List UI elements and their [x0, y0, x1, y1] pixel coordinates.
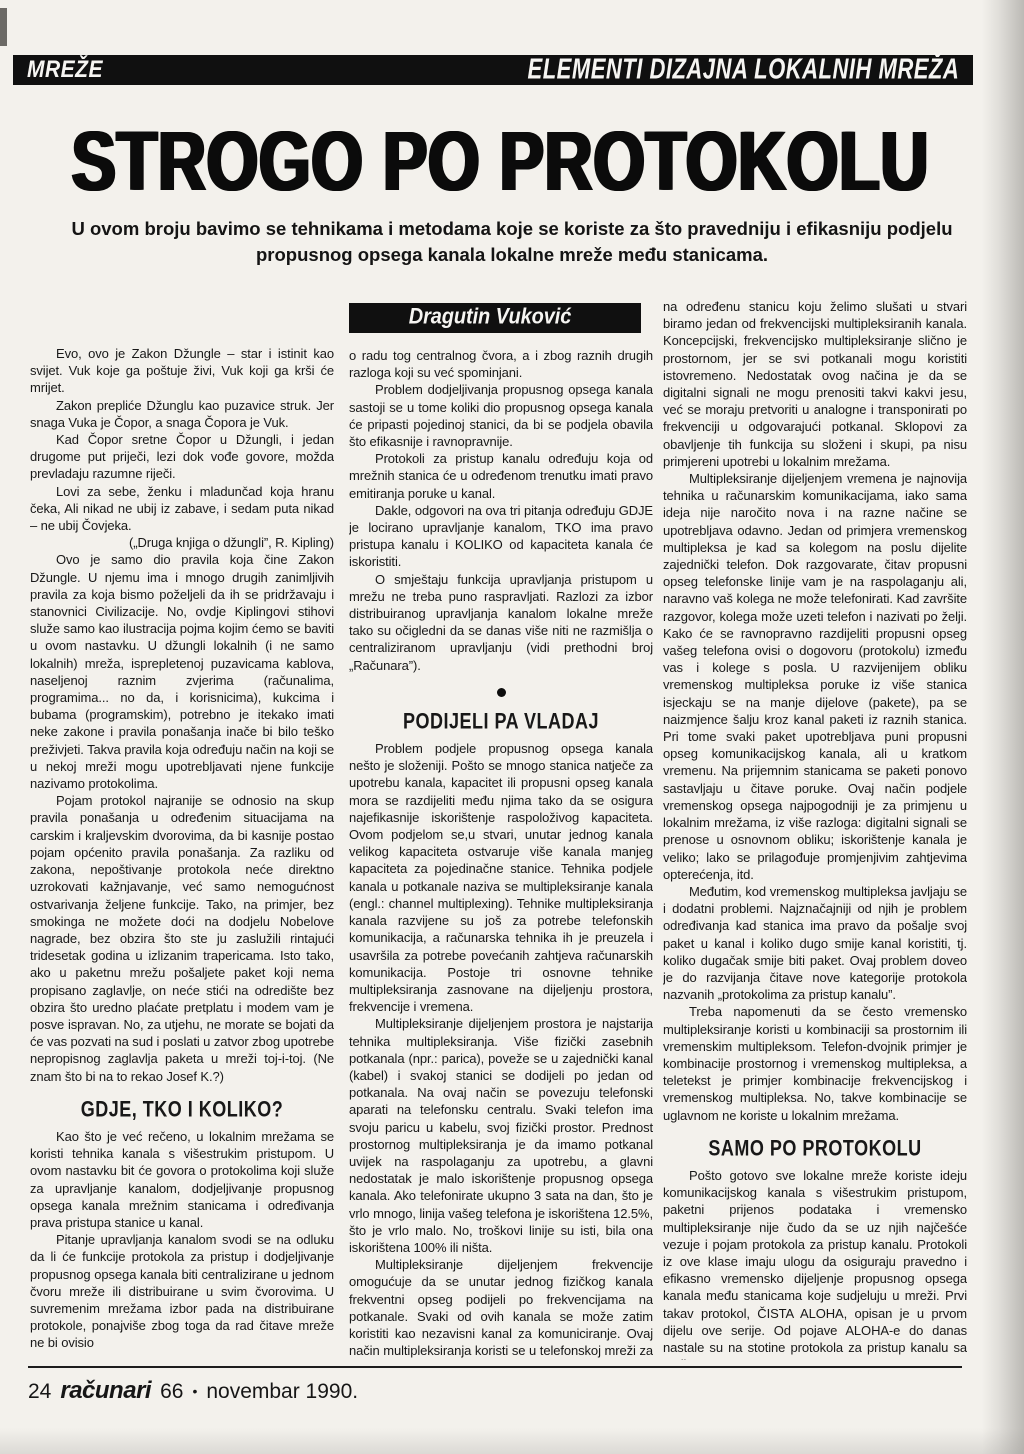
magazine-page: MREŽE ELEMENTI DIZAJNA LOKALNIH MREŽA ST… — [0, 0, 1024, 1454]
issue-date: novembar 1990. — [206, 1380, 358, 1404]
body-paragraph: Problem dodjeljivanja propusnog opsega k… — [349, 381, 653, 450]
column-1: Evo, ovo je Zakon Džungle – star i istin… — [30, 345, 334, 1360]
column-3: na određenu stanicu koju želimo slušati … — [663, 298, 967, 1360]
article-lead: U ovom broju bavimo se tehnikama i metod… — [62, 216, 962, 268]
body-paragraph: Pojam protokol najranije se odnosio na s… — [30, 792, 334, 1084]
series-label: ELEMENTI DIZAJNA LOKALNIH MREŽA — [527, 53, 959, 87]
body-paragraph: Kao što je već rečeno, u lokalnim mrežam… — [30, 1128, 334, 1231]
article-title: STROGO PO PROTOKOLU — [0, 112, 1000, 209]
body-paragraph: o radu tog centralnog čvora, a i zbog ra… — [349, 347, 653, 381]
quote-paragraph: Lovi za sebe, ženku i mladunčad koja hra… — [30, 483, 334, 535]
body-paragraph: Multipleksiranje dijeljenjem frekvencije… — [349, 1256, 653, 1360]
section-label: MREŽE — [27, 56, 103, 84]
magazine-name: računari — [60, 1377, 151, 1405]
body-paragraph: Treba napomenuti da se često vremensko m… — [663, 1003, 967, 1123]
quote-attribution: („Druga knjiga o džungli”, R. Kipling) — [30, 534, 334, 551]
body-paragraph: Pošto gotovo sve lokalne mreže koriste i… — [663, 1167, 967, 1360]
body-paragraph: Problem podjele propusnog opsega kanala … — [349, 740, 653, 1015]
quote-paragraph: Zakon prepliće Džunglu kao puzavice stru… — [30, 397, 334, 431]
quote-paragraph: Kad Čopor sretne Čopor u Džungli, i jeda… — [30, 431, 334, 483]
footer-rule — [28, 1366, 962, 1368]
scan-edge-right — [982, 0, 1024, 1454]
author-name: Dragutin Vuković — [409, 309, 572, 328]
quote-paragraph: Evo, ovo je Zakon Džungle – star i istin… — [30, 345, 334, 397]
body-paragraph: Dakle, odgovori na ova tri pitanja određ… — [349, 502, 653, 571]
scan-artifact — [0, 8, 7, 46]
body-paragraph: Pitanje upravljanja kanalom svodi se na … — [30, 1231, 334, 1351]
footer-bullet-icon: • — [192, 1383, 197, 1399]
scan-edge-bottom — [0, 1428, 1024, 1454]
author-byline: Dragutin Vuković — [349, 303, 641, 333]
section-bar: MREŽE ELEMENTI DIZAJNA LOKALNIH MREŽA — [13, 55, 973, 85]
body-paragraph: Ovo je samo dio pravila koja čine Zakon … — [30, 551, 334, 792]
body-paragraph: Međutim, kod vremenskog multipleksa javl… — [663, 883, 967, 1003]
body-paragraph: O smještaju funkcija upravljanja pristup… — [349, 571, 653, 674]
section-heading-podijeli-pa-vladaj: PODIJELI PA VLADAJ — [349, 711, 653, 733]
column-2: Dragutin Vuković o radu tog centralnog č… — [349, 303, 653, 1360]
page-number: 24 — [28, 1380, 51, 1404]
page-footer: 24 računari 66 • novembar 1990. — [28, 1377, 358, 1405]
section-heading-gdje-tko-i-koliko: GDJE, TKO I KOLIKO? — [30, 1099, 334, 1121]
body-paragraph: Multipleksiranje dijeljenjem vremena je … — [663, 470, 967, 883]
section-bullet-icon — [497, 688, 506, 697]
body-paragraph: na određenu stanicu koju želimo slušati … — [663, 298, 967, 470]
body-paragraph: Protokoli za pristup kanalu određuju koj… — [349, 450, 653, 502]
section-heading-samo-po-protokolu: SAMO PO PROTOKOLU — [663, 1138, 967, 1160]
body-paragraph: Multipleksiranje dijeljenjem prostora je… — [349, 1015, 653, 1256]
issue-number: 66 — [160, 1380, 183, 1404]
